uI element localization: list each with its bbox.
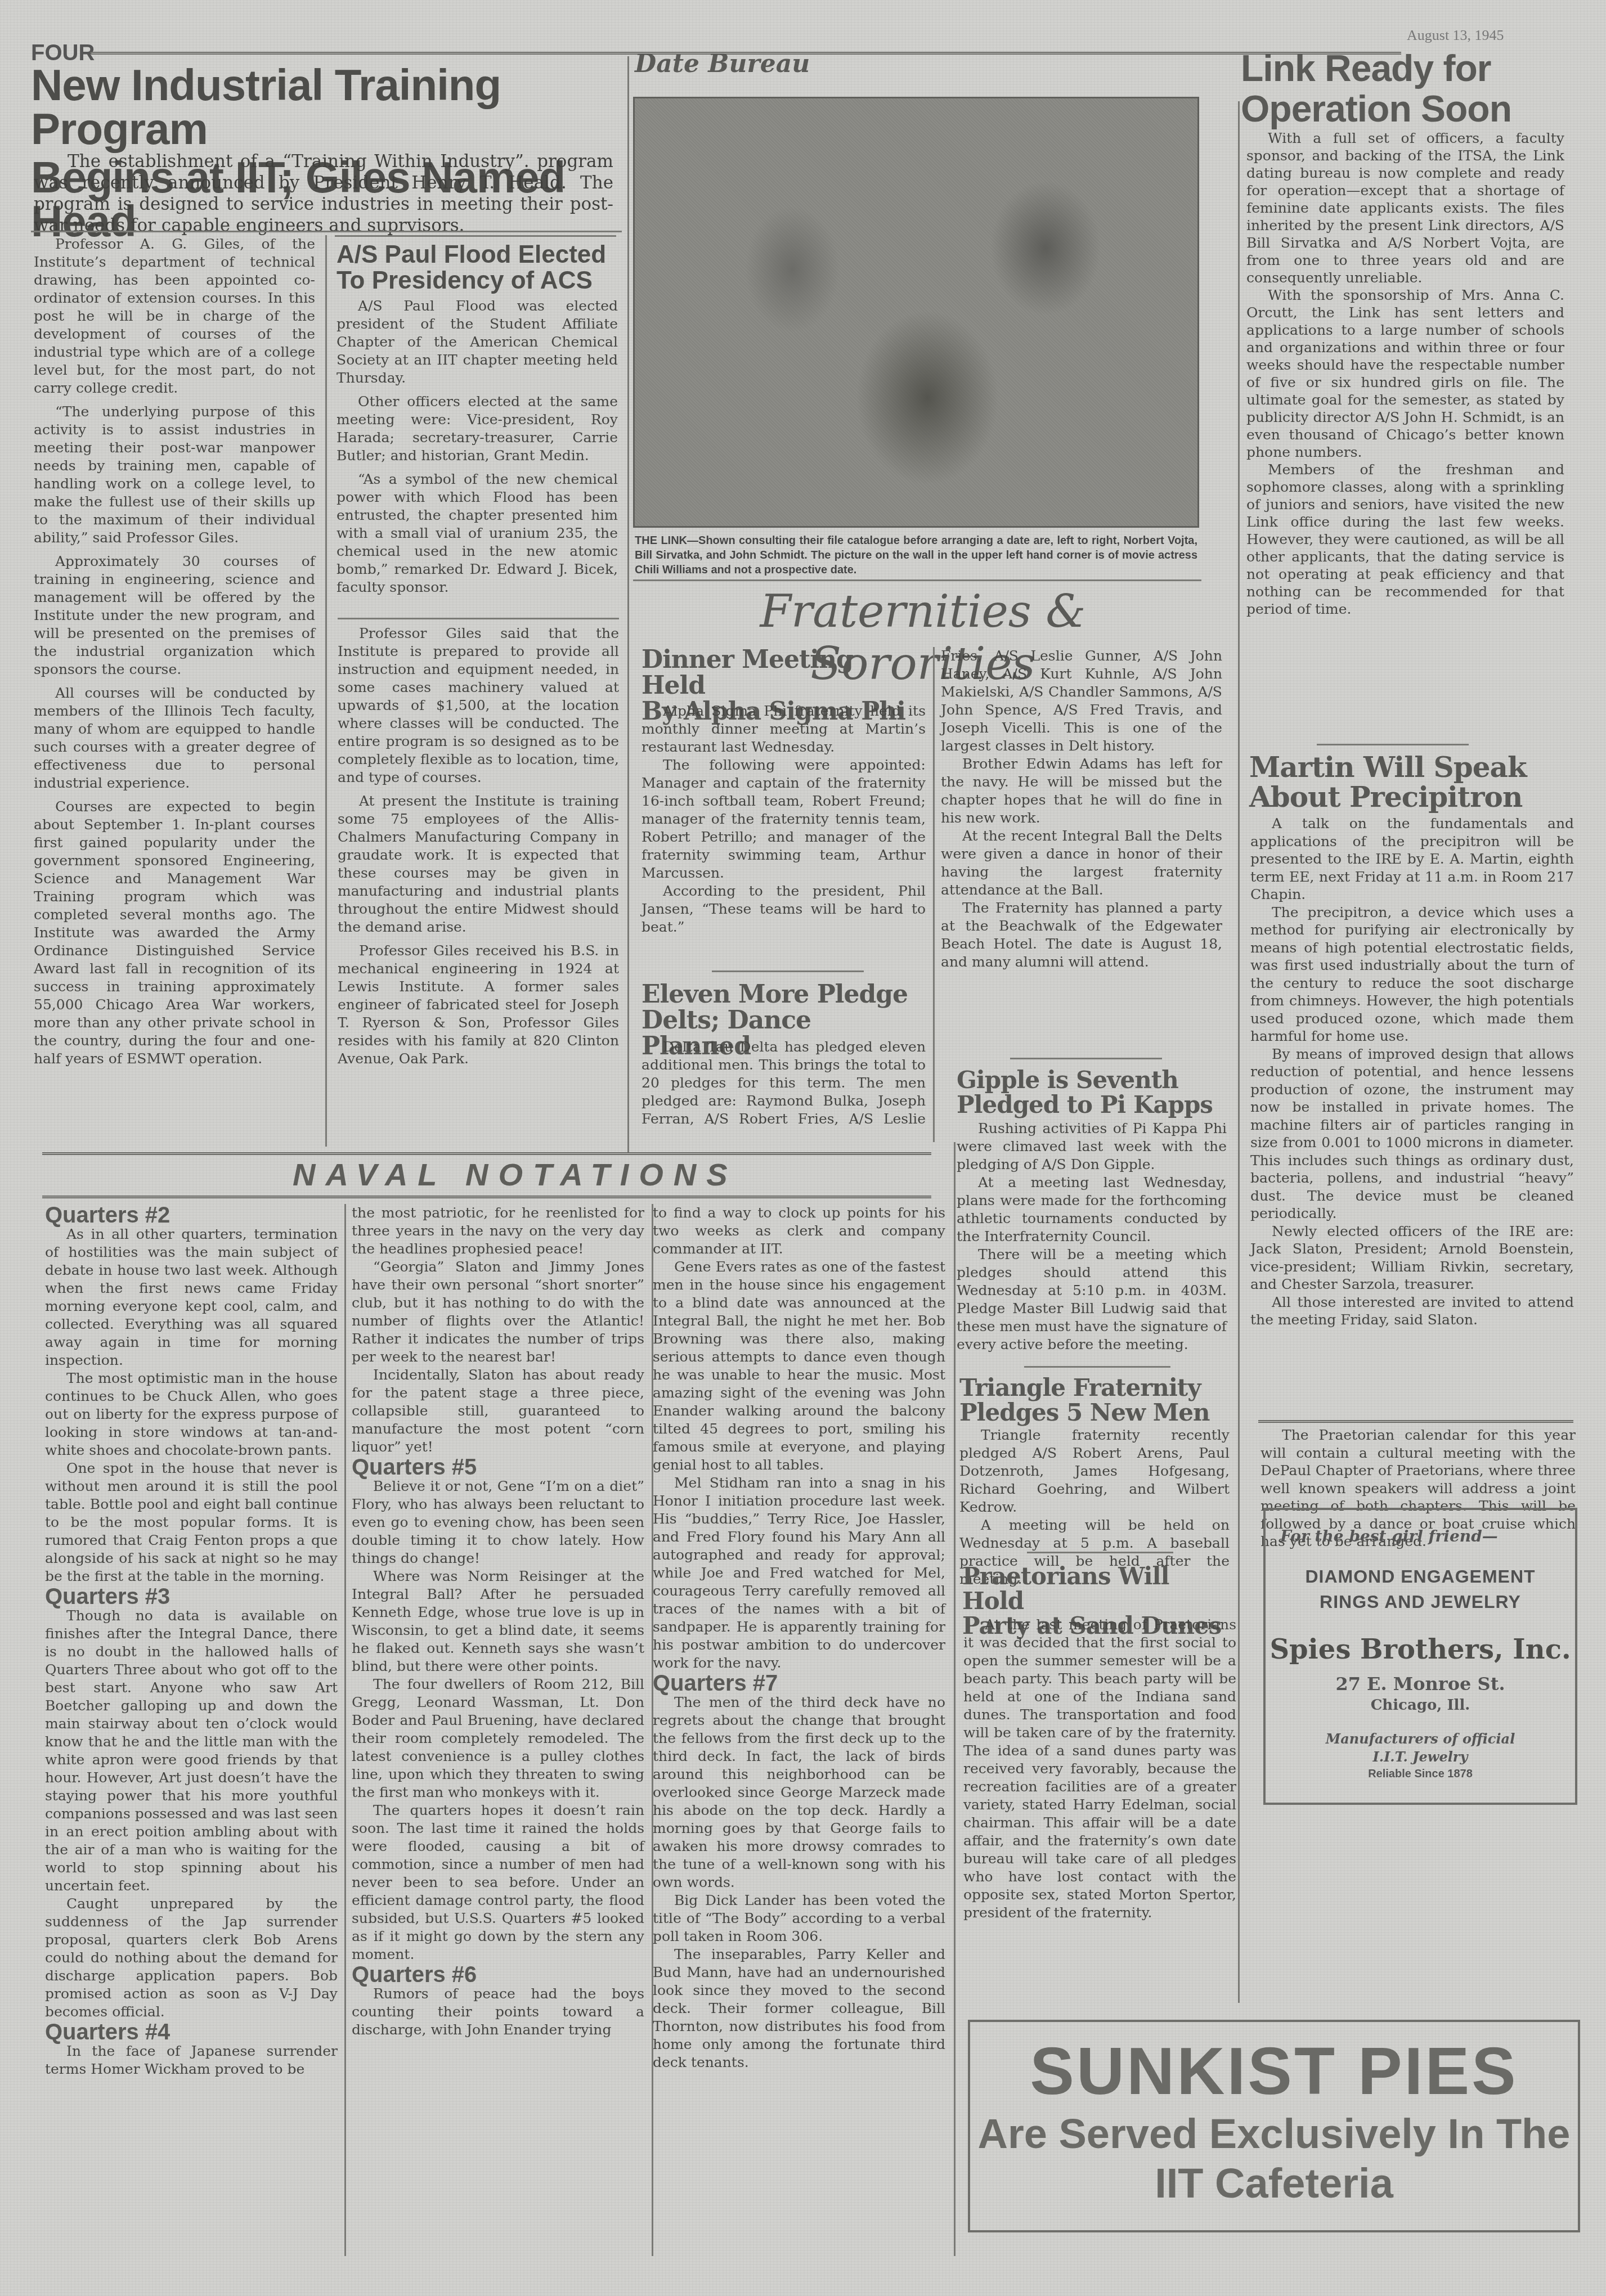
paragraph: Approximately 30 courses of training in …	[34, 552, 315, 679]
paragraph: The inseparables, Parry Keller and Bud M…	[653, 1945, 945, 2072]
main-headline-line1: New Industrial Training Program	[31, 63, 616, 151]
paragraph: Triangle fraternity recently pledged A/S…	[959, 1426, 1230, 1516]
column-divider	[344, 1204, 346, 2256]
story-rule	[1258, 1420, 1573, 1423]
paragraph: At the recent Integral Ball the Delts we…	[941, 827, 1222, 899]
paragraph: Mel Stidham ran into a snag in his Honor…	[653, 1474, 945, 1672]
flood-headline-line2: To Presidency of ACS	[337, 268, 618, 294]
paragraph: Fries, A/S Leslie Gunner, A/S John Haney…	[941, 647, 1222, 755]
naval-top-rule	[42, 1152, 931, 1155]
paragraph: At a meeting last Wednesday, plans were …	[957, 1174, 1227, 1246]
paragraph: to find a way to clock up points for his…	[653, 1204, 945, 1258]
story-rule	[1010, 1058, 1162, 1059]
paragraph: With the sponsorship of Mrs. Anna C. Orc…	[1246, 286, 1564, 461]
paragraph: “Georgia” Slaton and Jimmy Jones have th…	[352, 1258, 644, 1366]
link-headline-line1: Link Ready for	[1241, 50, 1590, 87]
frat-story-4-headline: Triangle Fraternity Pledges 5 New Men	[959, 1376, 1230, 1425]
paragraph: Rumors of peace had the boys counting th…	[352, 1985, 644, 2039]
ad-line1: DIAMOND ENGAGEMENT	[1266, 1566, 1575, 1587]
paragraph: Where was Norm Reisinger at the Integral…	[352, 1567, 644, 1675]
paragraph: Incidentally, Slaton has about ready for…	[352, 1366, 644, 1456]
quarters-4-heading: Quarters #4	[45, 2023, 338, 2041]
main-story-col2: Professor Giles said that the Institute …	[338, 624, 619, 1073]
ad-headline: SUNKIST PIES	[970, 2033, 1578, 2110]
quarters-3-heading: Quarters #3	[45, 1588, 338, 1606]
paragraph: As in all other quarters, termination of…	[45, 1225, 338, 1369]
paragraph: Though no data is available on finishes …	[45, 1607, 338, 1895]
martin-headline: Martin Will Speak About Precipitron	[1249, 753, 1576, 812]
headline-line2: Pledged to Pi Kapps	[957, 1093, 1227, 1117]
naval-banner: NAVAL NOTATIONS	[293, 1156, 738, 1193]
ad-line2: RINGS AND JEWELRY	[1266, 1592, 1575, 1612]
main-story-col1: Professor A. G. Giles, of the Institute’…	[34, 235, 315, 1073]
headline-line1: Praetorians Will Hold	[962, 1564, 1232, 1614]
frat-story-5-body: At the last meeting of Praetorians it wa…	[963, 1616, 1236, 1922]
story-rule	[1027, 1552, 1173, 1553]
paragraph: The quarters hopes it doesn’t rain soon.…	[352, 1801, 644, 1963]
lede-rule	[31, 231, 622, 232]
main-lede: The establishment of a “Training Within …	[34, 151, 613, 236]
paragraph: Professor A. G. Giles, of the Institute’…	[34, 235, 315, 397]
paragraph: Rushing activities of Pi Kappa Phi were …	[957, 1120, 1227, 1174]
ad-note2: I.I.T. Jewelry	[1266, 1749, 1575, 1765]
flood-headline: A/S Paul Flood Elected To Presidency of …	[337, 242, 618, 294]
ad-line2: Are Served Exclusively In The	[970, 2112, 1578, 2156]
quarters-6-heading: Quarters #6	[352, 1966, 644, 1984]
story-rule	[1024, 1366, 1170, 1368]
spies-brothers-ad: For the best girl friend— DIAMOND ENGAGE…	[1263, 1508, 1577, 1805]
paragraph: According to the president, Phil Jansen,…	[641, 882, 926, 936]
story-rule	[712, 970, 864, 972]
paragraph: The precipitron, a device which uses a m…	[1250, 904, 1574, 1045]
naval-col2: the most patriotic, for he reenlisted fo…	[352, 1204, 644, 2039]
paragraph: Delta Tau Delta has pledged eleven addit…	[641, 1038, 926, 1131]
paragraph: All those interested are invited to atte…	[1250, 1293, 1574, 1329]
martin-headline-line1: Martin Will Speak	[1249, 753, 1576, 783]
story-rule	[1317, 744, 1469, 745]
quarters-7-heading: Quarters #7	[653, 1674, 945, 1692]
quarters-2-heading: Quarters #2	[45, 1206, 338, 1224]
paragraph: Big Dick Lander has been voted the title…	[653, 1891, 945, 1945]
paragraph: Members of the freshman and sophomore cl…	[1246, 461, 1564, 618]
column-divider	[954, 1142, 955, 2256]
paragraph: A talk on the fundamentals and applicati…	[1250, 815, 1574, 904]
frat-story-3-headline: Gipple is Seventh Pledged to Pi Kapps	[957, 1068, 1227, 1117]
caption-rule	[633, 579, 1201, 581]
paragraph: All courses will be conducted by members…	[34, 684, 315, 792]
frat-story-1-body: Alpha Sigma Phi fraternity held its mont…	[641, 702, 926, 936]
flood-rule	[335, 235, 616, 237]
paragraph: In the face of Japanese surrender terms …	[45, 2042, 338, 2078]
paragraph: At present the Institute is training som…	[338, 792, 619, 936]
naval-col3: to find a way to clock up points for his…	[653, 1204, 945, 2072]
ad-line3: IIT Cafeteria	[970, 2162, 1578, 2205]
link-story-body: With a full set of officers, a faculty s…	[1246, 129, 1564, 618]
headline-line2: Pledges 5 New Men	[959, 1400, 1230, 1425]
sunkist-ad: SUNKIST PIES Are Served Exclusively In T…	[968, 2020, 1580, 2232]
quarters-5-heading: Quarters #5	[352, 1458, 644, 1476]
date-bureau-kicker: Date Bureau	[635, 50, 810, 78]
paragraph: With a full set of officers, a faculty s…	[1246, 129, 1564, 286]
ad-tagline: For the best girl friend—	[1280, 1527, 1498, 1545]
frat-story-2-body-start: Delta Tau Delta has pledged eleven addit…	[641, 1038, 926, 1131]
paragraph: Caught unprepared by the suddenness of t…	[45, 1895, 338, 2021]
paragraph: the most patriotic, for he reenlisted fo…	[352, 1204, 644, 1258]
ad-city: Chicago, Ill.	[1266, 1697, 1575, 1714]
flood-headline-line1: A/S Paul Flood Elected	[337, 242, 618, 268]
paragraph: The men of the third deck have no regret…	[653, 1693, 945, 1891]
ad-note1: Manufacturers of official	[1266, 1731, 1575, 1747]
paragraph: One spot in the house that never is with…	[45, 1459, 338, 1585]
frat-story-3-body: Rushing activities of Pi Kappa Phi were …	[957, 1120, 1227, 1354]
headline-line1: Triangle Fraternity	[959, 1376, 1230, 1400]
column-divider	[1238, 101, 1240, 2003]
paragraph: By means of improved design that allows …	[1250, 1045, 1574, 1223]
paragraph: Newly elected officers of the IRE are: J…	[1250, 1223, 1574, 1293]
ad-address: 27 E. Monroe St.	[1266, 1673, 1575, 1695]
paragraph: Gene Evers rates as one of the fastest m…	[653, 1258, 945, 1474]
paragraph: Professor Giles received his B.S. in mec…	[338, 942, 619, 1068]
story-rule	[338, 618, 619, 619]
headline-line1: Gipple is Seventh	[957, 1068, 1227, 1093]
martin-headline-line2: About Precipitron	[1249, 783, 1576, 812]
paragraph: There will be a meeting which pledges sh…	[957, 1246, 1227, 1354]
link-photo	[633, 97, 1199, 528]
lede-paragraph: The establishment of a “Training Within …	[34, 151, 613, 236]
paragraph: “As a symbol of the new chemical power w…	[337, 470, 618, 596]
paragraph: At the last meeting of Praetorians it wa…	[963, 1616, 1236, 1922]
paragraph: Brother Edwin Adams has left for the nav…	[941, 755, 1222, 827]
naval-bottom-rule	[42, 1196, 931, 1198]
headline-line1: Eleven More Pledge	[641, 982, 926, 1008]
frat-story-2-body-cont: Fries, A/S Leslie Gunner, A/S John Haney…	[941, 647, 1222, 971]
paragraph: Professor Giles said that the Institute …	[338, 624, 619, 787]
ad-firm-name: Spies Brothers, Inc.	[1266, 1634, 1575, 1665]
column-divider	[627, 56, 629, 1153]
paragraph: The four dwellers of Room 212, Bill Greg…	[352, 1675, 644, 1801]
link-headline: Link Ready for Operation Soon	[1241, 50, 1590, 127]
paragraph: Believe it or not, Gene “I’m on a diet” …	[352, 1477, 644, 1567]
link-headline-line2: Operation Soon	[1241, 90, 1590, 127]
paragraph: The following were appointed: Manager an…	[641, 756, 926, 882]
column-divider	[325, 235, 327, 1147]
paragraph: The Fraternity has planned a party at th…	[941, 899, 1222, 971]
martin-story-body: A talk on the fundamentals and applicati…	[1250, 815, 1574, 1329]
paragraph: Courses are expected to begin about Sept…	[34, 798, 315, 1068]
headline-line1: Dinner Meeting Held	[641, 647, 923, 699]
column-divider	[933, 647, 935, 1142]
paragraph: Alpha Sigma Phi fraternity held its mont…	[641, 702, 926, 756]
paragraph: The most optimistic man in the house con…	[45, 1369, 338, 1459]
dateline: August 13, 1945	[1407, 27, 1504, 44]
ad-note3: Reliable Since 1878	[1266, 1768, 1575, 1781]
paragraph: A/S Paul Flood was elected president of …	[337, 297, 618, 387]
flood-story-body: A/S Paul Flood was elected president of …	[337, 297, 618, 602]
paragraph: “The underlying purpose of this activity…	[34, 403, 315, 547]
photo-caption: THE LINK—Shown consulting their file cat…	[635, 533, 1197, 577]
newspaper-page: FOUR August 13, 1945 New Industrial Trai…	[0, 0, 1606, 2296]
paragraph: Other officers elected at the same meeti…	[337, 393, 618, 465]
naval-col1: Quarters #2 As in all other quarters, te…	[45, 1204, 338, 2078]
